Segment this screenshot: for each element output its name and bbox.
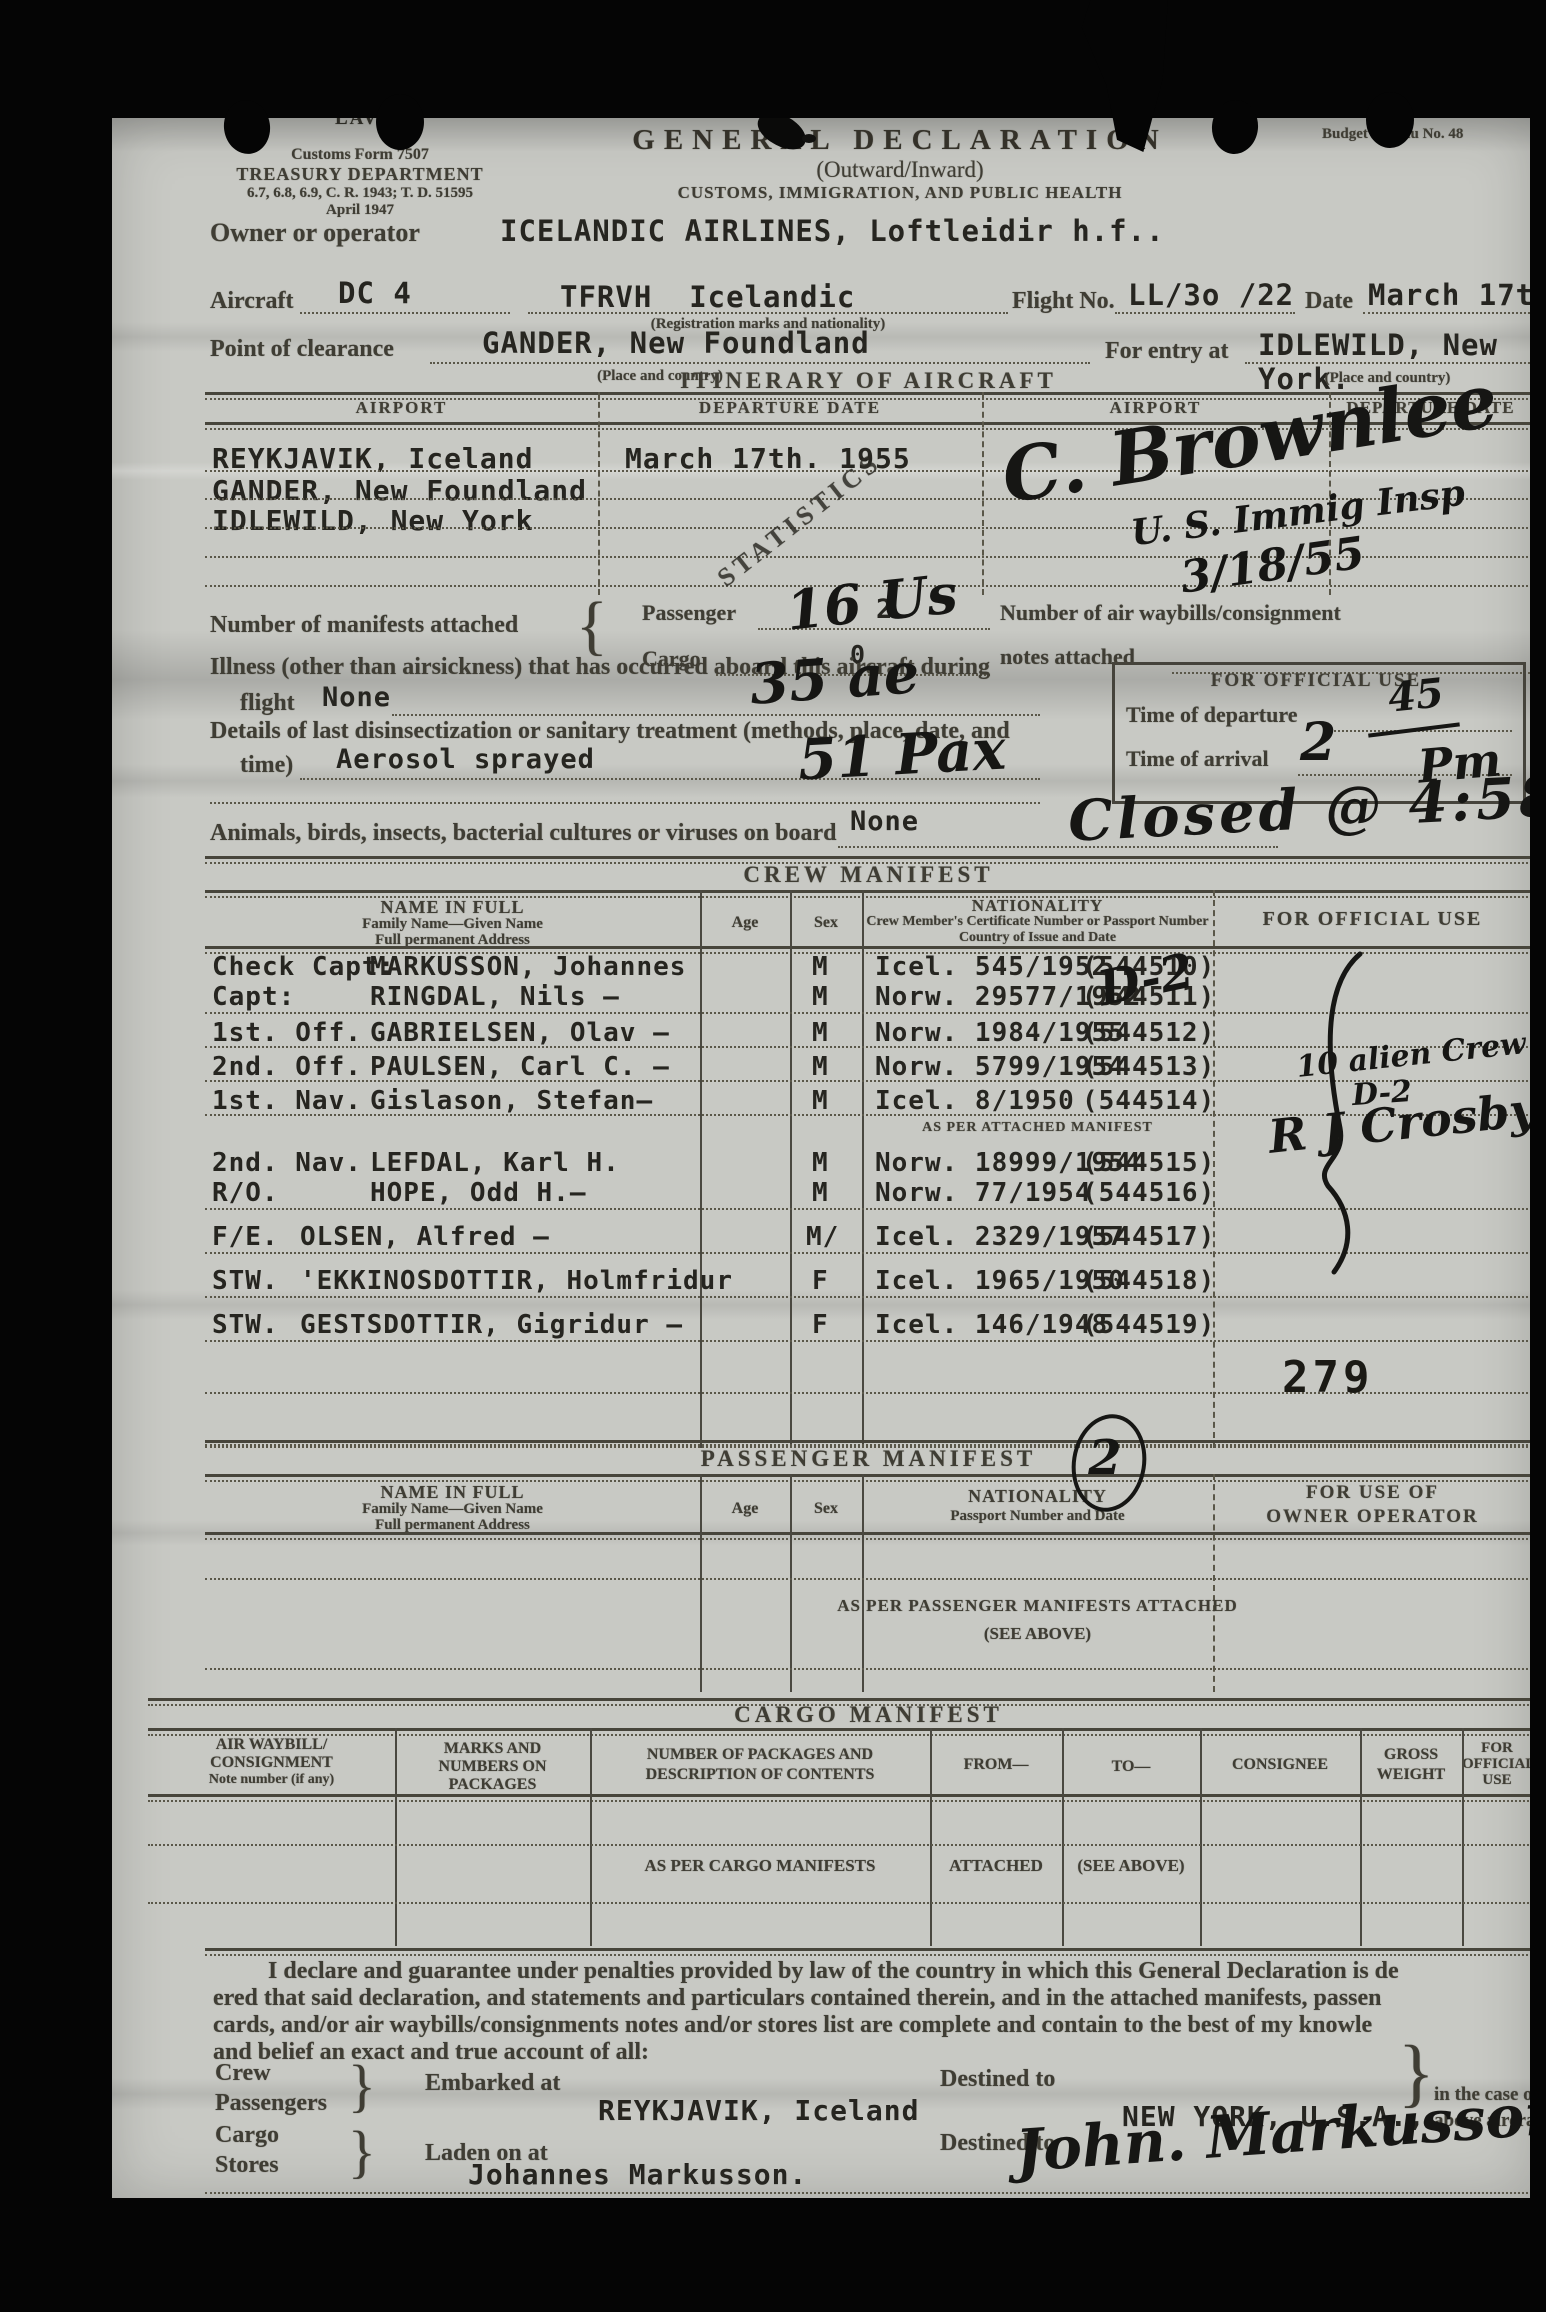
crew-row-sex: F: [812, 1266, 829, 1296]
registration-value: TFRVH Icelandic: [560, 280, 855, 314]
column-divider: [1360, 1728, 1362, 1946]
crew-row-name: Gislason, Stefan—: [370, 1086, 653, 1116]
crew-row-name: OLSEN, Alfred —: [300, 1222, 550, 1252]
cargo-header-marks-2: NUMBERS ON: [395, 1758, 590, 1776]
clearance-label: Point of clearance: [210, 336, 394, 363]
captain-typed-name: Johannes Markusson.: [468, 2158, 807, 2191]
punch-hole: [1366, 92, 1414, 148]
brace: }: [348, 2118, 376, 2185]
passenger-header-nationality-title: NATIONALITY: [862, 1486, 1213, 1507]
passenger-manifest-title: PASSENGER MANIFEST: [205, 1446, 1532, 1472]
crew-header-name-sub1: Family Name—Given Name: [205, 916, 700, 933]
crew-row-name: PAULSEN, Carl C. —: [370, 1052, 670, 1082]
column-divider: [930, 1728, 932, 1946]
declaration-line-3: cards, and/or air waybills/consignments …: [213, 2012, 1372, 2039]
crew-row-sex: M: [812, 1148, 829, 1178]
owner-label: Owner or operator: [210, 218, 420, 248]
crew-row-rank: 1st. Nav.: [212, 1086, 362, 1116]
cargo-body-note-1: AS PER CARGO MANIFESTS: [590, 1856, 930, 1876]
itinerary-col-header-depdate-1: DEPARTURE DATE: [598, 398, 982, 418]
embarked-value: REYKJAVIK, Iceland: [598, 2094, 919, 2127]
cargo-header-official-1: FOR: [1462, 1740, 1532, 1757]
passenger-body-note-line2: (SEE ABOVE): [862, 1624, 1213, 1644]
declaration-line-4: and belief an exact and true account of …: [213, 2039, 649, 2066]
passenger-count-label: Passenger: [642, 600, 736, 626]
column-divider: [598, 392, 600, 595]
crew-header-nationality-sub1: Crew Member's Certificate Number or Pass…: [848, 914, 1227, 930]
passenger-header-official-line1: FOR USE OF: [1213, 1482, 1532, 1504]
crew-header-age: Age: [700, 914, 790, 932]
crew-row-passport: (544514): [1082, 1086, 1215, 1116]
crew-row-name: 'EKKINOSDOTTIR, Holmfridur: [300, 1266, 733, 1296]
manifest-counts-label: Number of manifests attached: [210, 612, 518, 639]
cargo-header-waybill-1: AIR WAYBILL/: [148, 1736, 395, 1754]
section-rule: [205, 1948, 1532, 1956]
form-info-block: Customs Form 7507 TREASURY DEPARTMENT 6.…: [200, 146, 520, 219]
scan-border-bottom: [0, 2198, 1546, 2312]
animals-label: Animals, birds, insects, bacterial cultu…: [210, 820, 836, 847]
crew-row-sex: M: [812, 952, 829, 982]
crew-row-nationality: Norw. 77/1954: [875, 1178, 1092, 1208]
crew-row-nationality: Icel. 146/1948: [875, 1310, 1108, 1340]
table-rule: [148, 1728, 1532, 1736]
scan-border-top: [0, 0, 1546, 118]
illness-value: None: [322, 682, 391, 713]
column-divider: [862, 1474, 864, 1692]
dotted-line: [210, 802, 1040, 804]
crew-row-name: GABRIELSEN, Olav —: [370, 1018, 670, 1048]
crew-row-rank: STW.: [212, 1266, 279, 1296]
row-divider: [205, 1668, 1532, 1670]
declaration-line-1: I declare and guarantee under penalties …: [268, 1958, 1399, 1985]
declaration-line-2: ered that said declaration, and statemen…: [213, 1985, 1381, 2012]
embarked-label: Embarked at: [425, 2070, 560, 2097]
cargo-attest-label: Cargo: [215, 2122, 279, 2149]
crew-row-passport: (544518): [1082, 1266, 1215, 1296]
crew-row-sex: M: [812, 1178, 829, 1208]
passenger-header-nationality-sub1: Passport Number and Date: [862, 1508, 1213, 1525]
crew-row-passport: (544515): [1082, 1148, 1215, 1178]
ink-blot: [802, 134, 816, 143]
punch-hole: [376, 94, 424, 150]
crew-row-sex: M/: [806, 1222, 839, 1252]
crew-row-rank: 2nd. Nav.: [212, 1148, 362, 1178]
crew-row-sex: M: [812, 1086, 829, 1116]
waybills-label-line1: Number of air waybills/consignment: [1000, 600, 1341, 626]
passenger-header-official-line2: OWNER OPERATOR: [1213, 1506, 1532, 1528]
column-divider: [790, 890, 792, 1448]
crew-row-name: HOPE, Odd H.—: [370, 1178, 587, 1208]
date-label: Date: [1305, 288, 1353, 315]
column-divider: [1462, 1728, 1464, 1946]
crew-header-nationality-sub2: Country of Issue and Date: [862, 930, 1213, 946]
flight-number-value: LL/3o /22: [1128, 278, 1294, 312]
passenger-body-note-line1: AS PER PASSENGER MANIFESTS ATTACHED: [812, 1596, 1263, 1616]
row-divider: [148, 1902, 1532, 1904]
document-title-block: GENERAL DECLARATION (Outward/Inward) CUS…: [600, 124, 1200, 203]
cargo-header-official-2: OFFICIAL: [1462, 1756, 1532, 1773]
aircraft-label: Aircraft: [210, 288, 294, 315]
dotted-line: [528, 312, 1008, 314]
column-divider: [700, 890, 702, 1448]
departure-time-label: Time of departure: [1126, 702, 1298, 728]
column-divider: [862, 890, 864, 1448]
crew-row-nationality: Icel. 545/1952: [875, 952, 1108, 982]
column-divider: [395, 1728, 397, 1946]
crew-manifest-title: CREW MANIFEST: [205, 862, 1532, 888]
crew-row-nationality: Icel. 8/1950: [875, 1086, 1075, 1116]
crew-row-name: GESTSDOTTIR, Gigridur —: [300, 1310, 683, 1340]
crew-row-sex: F: [812, 1310, 829, 1340]
crew-row-rank: 2nd. Off.: [212, 1052, 362, 1082]
clearance-value: GANDER, New Foundland: [482, 326, 870, 360]
column-divider: [1213, 1474, 1215, 1692]
cargo-header-waybill-3: Note number (if any): [148, 1772, 395, 1788]
crew-row-sex: M: [812, 1052, 829, 1082]
stores-attest-label: Stores: [215, 2152, 279, 2179]
cargo-header-packages-2: DESCRIPTION OF CONTENTS: [590, 1766, 930, 1784]
cargo-body-note-2: ATTACHED: [930, 1856, 1062, 1876]
cargo-header-consignee: CONSIGNEE: [1200, 1756, 1360, 1774]
date-value: March 17th. 1: [1368, 278, 1546, 312]
column-divider: [790, 1474, 792, 1692]
row-divider: [205, 1340, 1532, 1342]
crew-row-name: MARKUSSON, Johannes: [370, 952, 686, 982]
table-rule: [205, 1532, 1532, 1540]
crew-header-official-use: FOR OFFICIAL USE: [1213, 908, 1532, 931]
crew-header-nationality-title: NATIONALITY: [862, 896, 1213, 916]
aircraft-type-value: DC 4: [338, 276, 412, 310]
crew-row-rank: R/O.: [212, 1178, 279, 1208]
table-rule: [148, 1794, 1532, 1802]
crew-header-name-title: NAME IN FULL: [205, 897, 700, 918]
dotted-line: [300, 312, 510, 314]
crew-row-passport: (544513): [1082, 1052, 1215, 1082]
official-use-box-title: FOR OFFICIAL USE: [1112, 670, 1520, 692]
page-number-stamp: 279: [1282, 1352, 1373, 1403]
crew-row-sex: M: [812, 982, 829, 1012]
column-divider: [1200, 1728, 1202, 1946]
crew-row-passport: (544519): [1082, 1310, 1215, 1340]
crew-row-passport: (544516): [1082, 1178, 1215, 1208]
row-divider: [148, 1844, 1532, 1846]
column-divider: [982, 392, 984, 595]
scanned-document: LAV Customs Form 7507 TREASURY DEPARTMEN…: [0, 0, 1546, 2312]
cargo-header-gross-1: GROSS: [1360, 1746, 1462, 1764]
signature-line: [205, 2192, 1532, 2194]
cargo-header-official-3: USE: [1462, 1772, 1532, 1789]
form-revision-date: April 1947: [200, 202, 520, 219]
crew-row-rank: Check Capt:: [212, 952, 395, 982]
department-name: TREASURY DEPARTMENT: [200, 164, 520, 185]
scan-border-right: [1530, 0, 1546, 2312]
arrival-minutes-handwritten: 45: [1386, 669, 1446, 722]
crew-attached-note: AS PER ATTACHED MANIFEST: [862, 1120, 1213, 1136]
cargo-header-waybill-2: CONSIGNMENT: [148, 1754, 395, 1772]
title-subtitle: (Outward/Inward): [600, 157, 1200, 183]
crew-row-passport: (544512): [1082, 1018, 1215, 1048]
animals-value: None: [850, 806, 919, 837]
crew-row-sex: M: [812, 1018, 829, 1048]
crew-row-rank: Capt:: [212, 982, 295, 1012]
cargo-header-marks-1: MARKS AND: [395, 1740, 590, 1758]
arrival-hour-handwritten: 2: [1300, 712, 1336, 773]
passenger-header-name-title: NAME IN FULL: [205, 1482, 700, 1503]
passenger-circled-count: 2: [1072, 1430, 1138, 1486]
row-divider: [205, 1578, 1532, 1580]
owner-value: ICELANDIC AIRLINES, Loftleidir h.f..: [500, 214, 1165, 248]
title-agencies: CUSTOMS, IMMIGRATION, AND PUBLIC HEALTH: [600, 183, 1200, 203]
cargo-header-packages-1: NUMBER OF PACKAGES AND: [590, 1746, 930, 1764]
handwritten-count-3: 51 Pax: [796, 717, 1007, 794]
disinsectization-value: Aerosol sprayed: [336, 744, 595, 775]
passenger-header-name-sub1: Family Name—Given Name: [205, 1501, 700, 1518]
handwritten-count-2: 35 ae: [748, 640, 922, 718]
arrival-time-label: Time of arrival: [1126, 746, 1269, 772]
crew-row-rank: F/E.: [212, 1222, 279, 1252]
itinerary-row-airport: IDLEWILD, New York: [212, 504, 533, 537]
dotted-line: [430, 362, 1090, 364]
flight-label: Flight No.: [1012, 288, 1115, 315]
column-divider: [1062, 1728, 1064, 1946]
table-rule: [205, 1474, 1532, 1482]
entry-label: For entry at: [1105, 338, 1229, 365]
dotted-line: [1115, 312, 1295, 314]
disinsectization-label-line2: time): [240, 752, 293, 779]
passenger-header-sex: Sex: [790, 1500, 862, 1518]
cargo-header-to: TO—: [1062, 1758, 1200, 1776]
cargo-manifest-title: CARGO MANIFEST: [205, 1702, 1532, 1728]
row-divider: [205, 1296, 1532, 1298]
itinerary-row-airport: GANDER, New Foundland: [212, 474, 587, 507]
crew-row-rank: 1st. Off.: [212, 1018, 362, 1048]
cargo-body-note-3: (SEE ABOVE): [1062, 1856, 1200, 1876]
cargo-header-gross-2: WEIGHT: [1360, 1766, 1462, 1784]
crew-row-rank: STW.: [212, 1310, 279, 1340]
crew-row-passport: (544517): [1082, 1222, 1215, 1252]
brace: }: [348, 2052, 376, 2119]
crew-row-name: RINGDAL, Nils —: [370, 982, 620, 1012]
destined-label-1: Destined to: [940, 2066, 1055, 2093]
cargo-header-marks-3: PACKAGES: [395, 1776, 590, 1794]
itinerary-col-header-airport-1: AIRPORT: [205, 398, 598, 418]
cargo-header-from: FROM—: [930, 1756, 1062, 1774]
dotted-line: [392, 714, 1040, 716]
scan-border-left: [0, 0, 112, 2312]
crew-attest-label: Crew: [215, 2060, 271, 2087]
crew-row-name: LEFDAL, Karl H.: [370, 1148, 620, 1178]
brace: {: [576, 588, 608, 664]
illness-label-line2: flight: [240, 690, 295, 717]
page-title: GENERAL DECLARATION: [600, 124, 1200, 157]
column-divider: [700, 1474, 702, 1692]
column-divider: [590, 1728, 592, 1946]
passenger-header-age: Age: [700, 1500, 790, 1518]
form-citation: 6.7, 6.8, 6.9, C. R. 1943; T. D. 51595: [200, 185, 520, 202]
passengers-attest-label: Passengers: [215, 2090, 327, 2117]
dotted-line: [1363, 312, 1530, 314]
